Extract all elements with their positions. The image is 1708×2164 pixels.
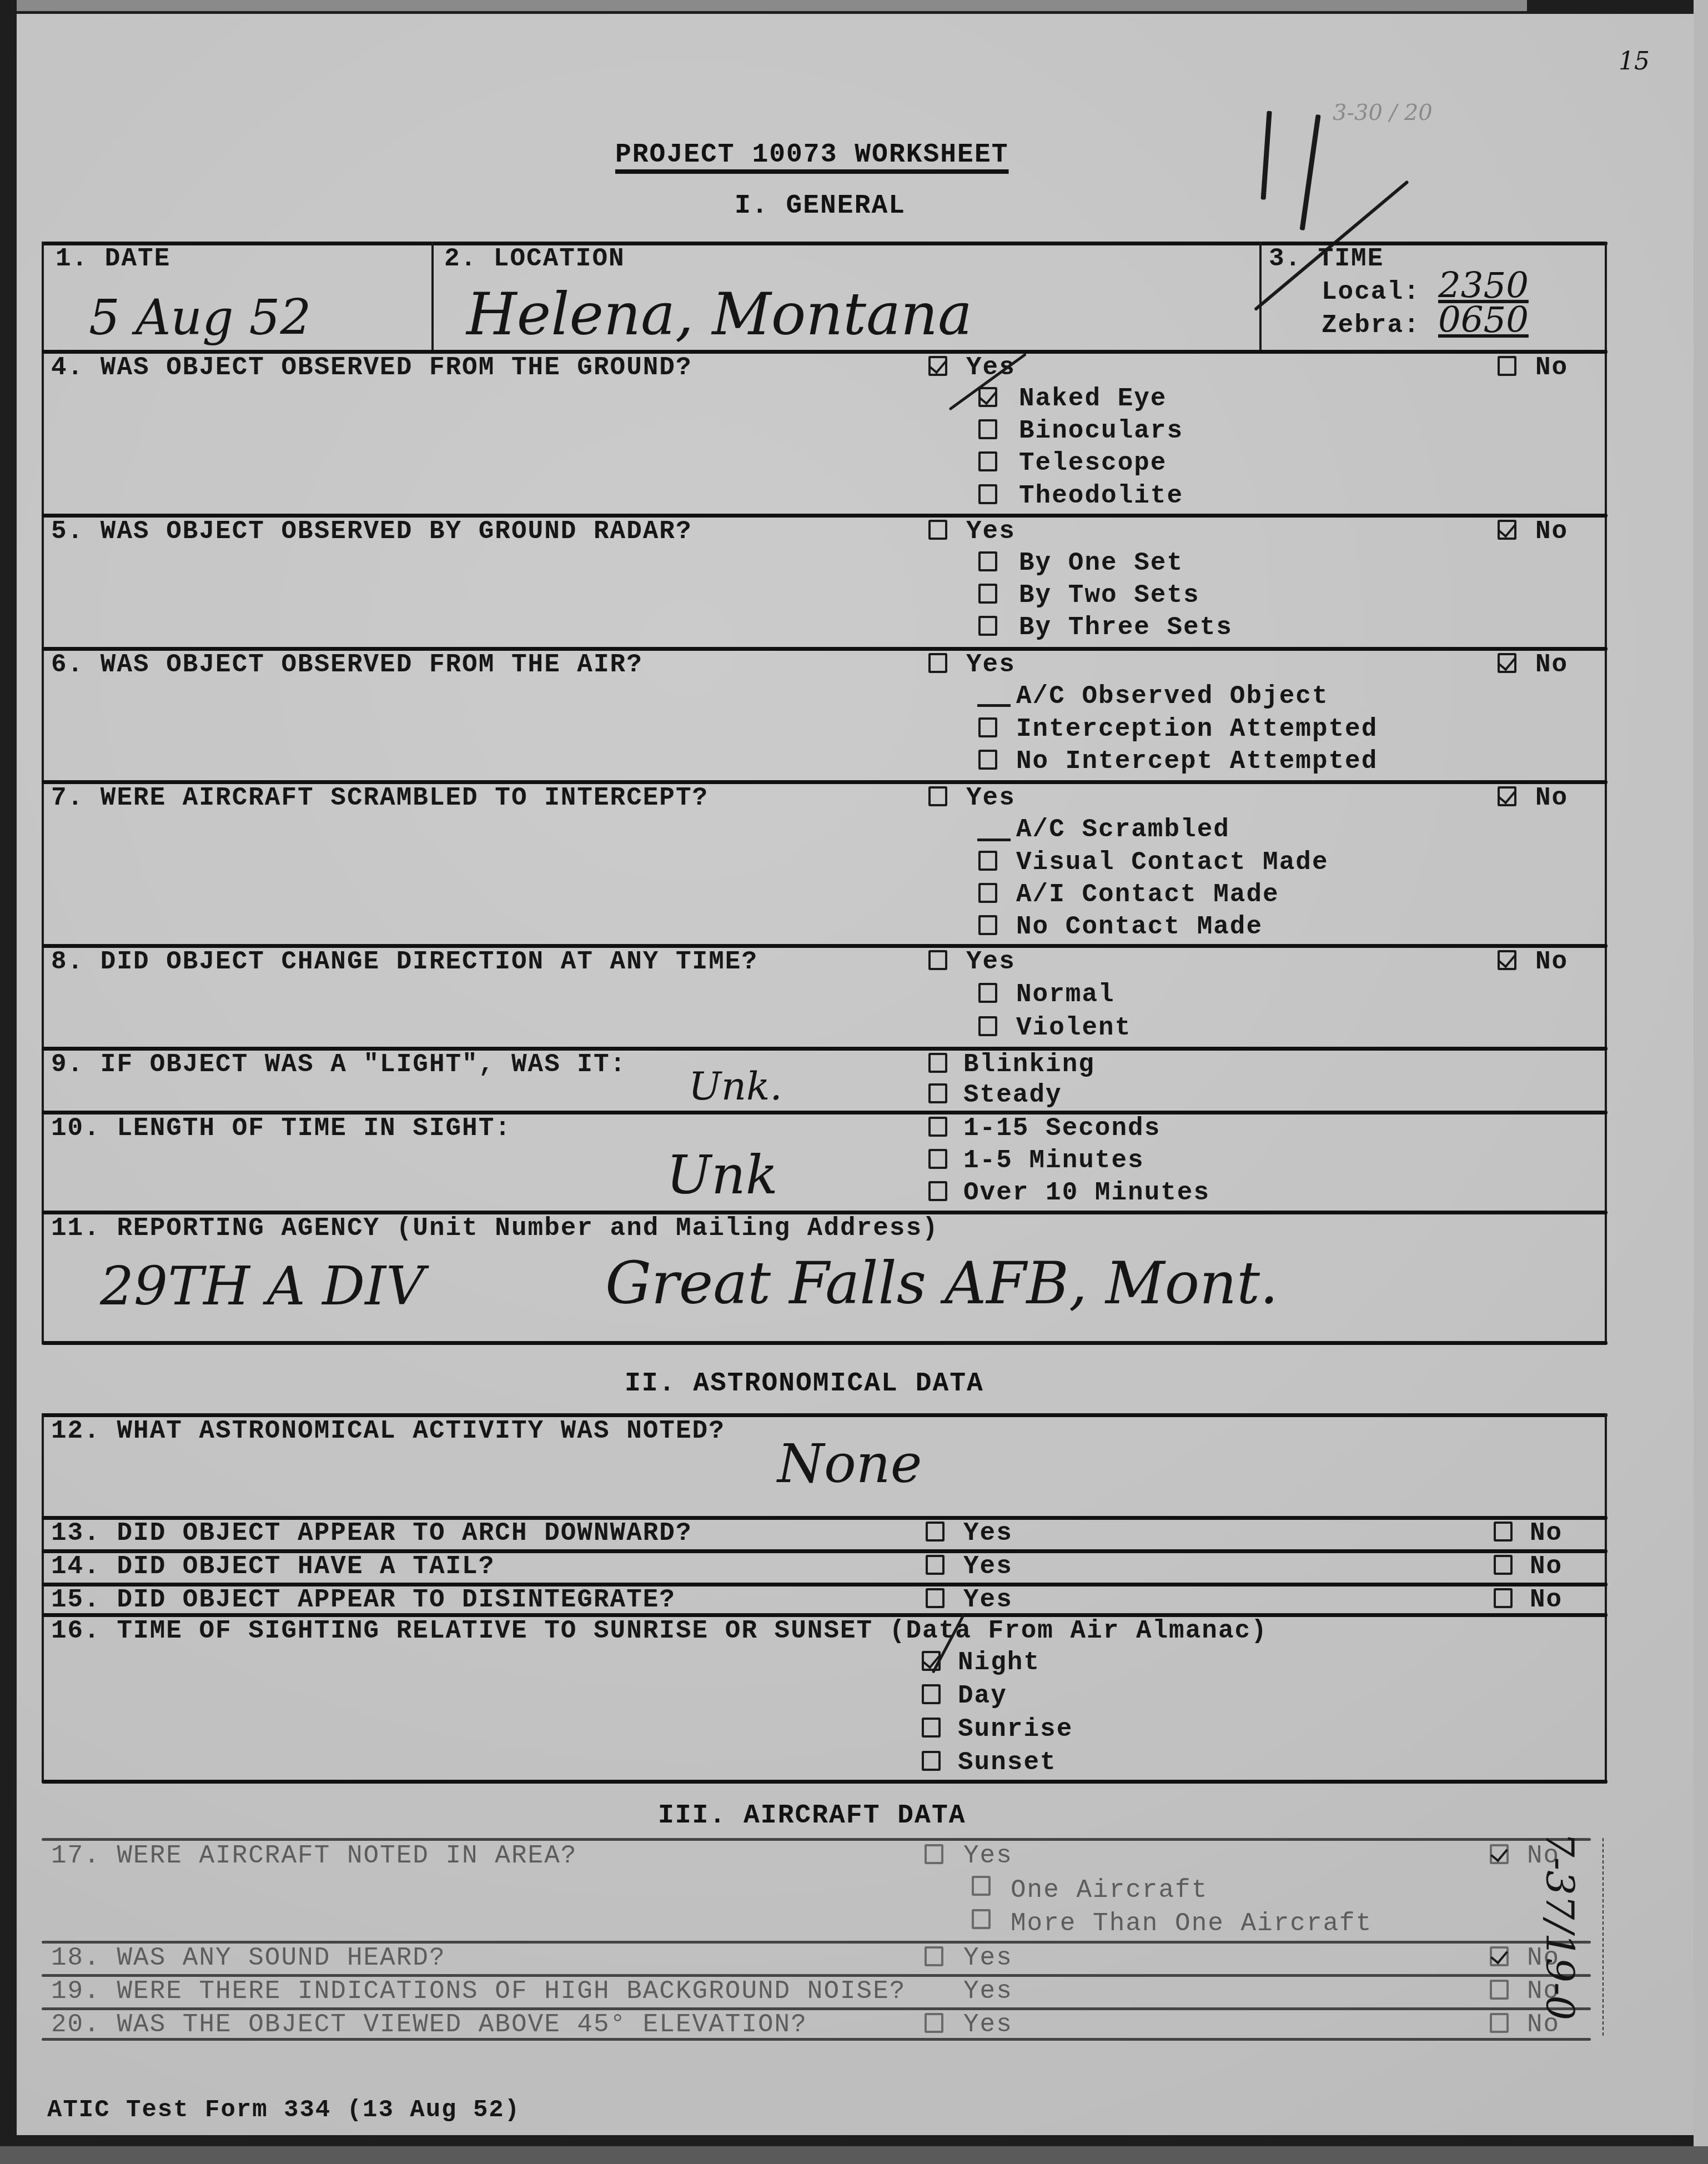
col-divider [431, 242, 434, 350]
q10-option-checkbox[interactable] [928, 1117, 947, 1137]
q14-no-label: No [1530, 1552, 1563, 1581]
q19-label: 19. WERE THERE INDICATIONS OF HIGH BACKG… [51, 1977, 906, 2006]
q15-no-label: No [1530, 1585, 1563, 1614]
q17-option-label: One Aircraft [1011, 1876, 1208, 1905]
q9-label: 9. IF OBJECT WAS A "LIGHT", WAS IT: [51, 1050, 626, 1079]
q9-handwritten-answer: Unk. [689, 1063, 782, 1109]
q14-yes-label: Yes [963, 1552, 1013, 1581]
q5-yes-checkbox[interactable] [928, 520, 947, 540]
q7-option-checkbox[interactable] [978, 915, 997, 935]
margin-serial-number: 7-37/19-0 [1537, 1832, 1583, 2020]
q7-no-checkbox[interactable] [1498, 786, 1516, 806]
q8-no-label: No [1535, 947, 1568, 976]
q13-no-checkbox[interactable] [1494, 1522, 1513, 1542]
form-footer: ATIC Test Form 334 (13 Aug 52) [47, 2096, 520, 2124]
table-right-border [1605, 1413, 1607, 1783]
q16-option-checkbox[interactable] [922, 1751, 941, 1771]
q4-option-label: Theodolite [1019, 481, 1183, 510]
q8-yes-label: Yes [966, 947, 1016, 976]
q4-option-checkbox[interactable] [978, 451, 997, 471]
q7-option-label: No Contact Made [1016, 912, 1263, 941]
q17-option-checkbox[interactable] [972, 1909, 991, 1929]
q13-yes-label: Yes [963, 1519, 1013, 1548]
q6-no-checkbox[interactable] [1498, 653, 1516, 673]
corner-mark: 15 [1619, 47, 1650, 76]
q16-option-checkbox[interactable] [922, 1718, 941, 1738]
q12-handwritten-answer: None [777, 1433, 922, 1495]
q7-blank-option-label: A/C Scrambled [1016, 815, 1230, 844]
q10-option-checkbox[interactable] [928, 1181, 947, 1201]
q6-option-label: Interception Attempted [1016, 715, 1378, 744]
q18-label: 18. WAS ANY SOUND HEARD? [51, 1944, 446, 1972]
scan-bottom-edge [0, 2146, 1708, 2164]
q16-option-label: Sunset [958, 1748, 1057, 1777]
table-right-border [1602, 1838, 1604, 2038]
q6-yes-label: Yes [966, 650, 1016, 679]
q10-option-checkbox[interactable] [928, 1149, 947, 1169]
location-value[interactable]: Helena, Montana [466, 280, 972, 348]
q5-label: 5. WAS OBJECT OBSERVED BY GROUND RADAR? [51, 517, 692, 546]
q18-no-checkbox[interactable] [1490, 1946, 1509, 1966]
q20-label: 20. WAS THE OBJECT VIEWED ABOVE 45° ELEV… [51, 2010, 807, 2039]
q4-no-checkbox[interactable] [1498, 356, 1516, 376]
q11-handwritten-address: Great Falls AFB, Mont. [605, 1249, 1278, 1317]
q7-option-checkbox[interactable] [978, 851, 997, 871]
row-divider [42, 1838, 1591, 1841]
q7-option-label: A/I Contact Made [1016, 880, 1279, 909]
section-aircraft-heading: III. AIRCRAFT DATA [658, 1801, 966, 1831]
q5-yes-label: Yes [966, 517, 1016, 546]
q5-option-label: By One Set [1019, 549, 1183, 578]
q17-yes-label: Yes [963, 1841, 1013, 1870]
location-label: 2. LOCATION [444, 244, 625, 273]
q7-option-label: Visual Contact Made [1016, 848, 1329, 877]
table-right-border [1605, 242, 1607, 1344]
q6-yes-checkbox[interactable] [928, 653, 947, 673]
table-left-border [42, 1413, 44, 1783]
scan-right-edge [1694, 0, 1708, 2164]
q18-yes-checkbox[interactable] [925, 1946, 943, 1966]
q17-option-checkbox[interactable] [972, 1876, 991, 1896]
q16-option-label: Night [958, 1648, 1040, 1677]
section-astronomical-heading: II. ASTRONOMICAL DATA [625, 1369, 984, 1399]
q8-option-checkbox[interactable] [978, 983, 997, 1003]
q5-option-checkbox[interactable] [978, 616, 997, 636]
q7-no-label: No [1535, 784, 1568, 812]
date-label: 1. DATE [56, 244, 170, 273]
q13-label: 13. DID OBJECT APPEAR TO ARCH DOWNWARD? [51, 1519, 692, 1548]
q10-option-label: 1-15 Seconds [963, 1114, 1161, 1143]
q20-yes-checkbox[interactable] [925, 2013, 943, 2033]
q4-no-label: No [1535, 353, 1568, 382]
q16-label: 16. TIME OF SIGHTING RELATIVE TO SUNRISE… [51, 1616, 1268, 1645]
q10-label: 10. LENGTH OF TIME IN SIGHT: [51, 1114, 511, 1143]
q8-label: 8. DID OBJECT CHANGE DIRECTION AT ANY TI… [51, 947, 758, 976]
q19-yes-label[interactable]: Yes [963, 1977, 1013, 2006]
q4-option-checkbox[interactable] [978, 387, 997, 407]
q8-option-label: Violent [1016, 1013, 1131, 1042]
q5-no-checkbox[interactable] [1498, 520, 1516, 540]
q10-handwritten-answer: Unk [666, 1144, 778, 1206]
q11-handwritten-unit: 29TH A DIV [100, 1255, 424, 1317]
q5-option-checkbox[interactable] [978, 584, 997, 604]
q5-no-label: No [1535, 517, 1568, 546]
time-zebra-value[interactable]: 0650 [1438, 300, 1529, 341]
q4-option-checkbox[interactable] [978, 419, 997, 439]
q15-no-checkbox[interactable] [1494, 1588, 1513, 1608]
q9-option-label: Blinking [963, 1050, 1095, 1079]
q6-no-label: No [1535, 650, 1568, 679]
time-label: 3. TIME [1269, 244, 1384, 273]
faint-stamp: 3-30 / 20 [1333, 100, 1433, 125]
q6-option-checkbox[interactable] [978, 717, 997, 737]
q18-yes-label: Yes [963, 1944, 1013, 1972]
q8-yes-checkbox[interactable] [928, 950, 947, 970]
q7-yes-checkbox[interactable] [928, 786, 947, 806]
q8-no-checkbox[interactable] [1498, 950, 1516, 970]
q4-option-label: Binoculars [1019, 416, 1183, 445]
q5-option-label: By Two Sets [1019, 581, 1200, 610]
q6-blank-line[interactable] [977, 704, 1011, 707]
q17-no-checkbox[interactable] [1490, 1844, 1509, 1864]
q17-yes-checkbox[interactable] [925, 1844, 943, 1864]
q13-yes-checkbox[interactable] [926, 1522, 945, 1542]
q7-yes-label: Yes [966, 784, 1016, 812]
q16-option-label: Sunrise [958, 1715, 1073, 1744]
q14-no-checkbox[interactable] [1494, 1555, 1513, 1575]
q8-option-label: Normal [1016, 980, 1115, 1009]
q6-option-label: No Intercept Attempted [1016, 747, 1378, 776]
q10-option-label: Over 10 Minutes [963, 1178, 1210, 1207]
q7-blank-line[interactable] [977, 839, 1011, 841]
table-left-border [42, 242, 44, 1344]
q7-label: 7. WERE AIRCRAFT SCRAMBLED TO INTERCEPT? [51, 784, 709, 812]
scan-top-edge [17, 0, 1527, 11]
q8-option-checkbox[interactable] [978, 1016, 997, 1036]
q4-yes-checkbox[interactable] [928, 356, 947, 376]
row-divider [42, 1341, 1607, 1345]
q20-no-checkbox[interactable] [1490, 2013, 1509, 2033]
q9-option-label: Steady [963, 1081, 1062, 1109]
q14-yes-checkbox[interactable] [926, 1555, 945, 1575]
q5-option-label: By Three Sets [1019, 613, 1233, 642]
q6-label: 6. WAS OBJECT OBSERVED FROM THE AIR? [51, 650, 643, 679]
q15-yes-checkbox[interactable] [926, 1588, 945, 1608]
q4-option-checkbox[interactable] [978, 484, 997, 504]
row-divider [42, 1780, 1607, 1784]
row-divider [42, 2038, 1591, 2041]
q16-option-checkbox[interactable] [922, 1684, 941, 1704]
q4-option-label: Naked Eye [1019, 384, 1167, 413]
date-value[interactable]: 5 Aug 52 [89, 289, 311, 346]
q13-no-label: No [1530, 1519, 1563, 1548]
col-divider [1259, 242, 1262, 350]
q15-label: 15. DID OBJECT APPEAR TO DISINTEGRATE? [51, 1585, 676, 1614]
q12-label: 12. WHAT ASTRONOMICAL ACTIVITY WAS NOTED… [51, 1417, 725, 1445]
q16-option-label: Day [958, 1681, 1007, 1710]
q6-option-checkbox[interactable] [978, 750, 997, 770]
q4-option-label: Telescope [1019, 449, 1167, 478]
q17-label: 17. WERE AIRCRAFT NOTED IN AREA? [51, 1841, 577, 1870]
time-zebra-label: Zebra: [1322, 311, 1420, 340]
q4-label: 4. WAS OBJECT OBSERVED FROM THE GROUND? [51, 353, 692, 382]
q11-label: 11. REPORTING AGENCY (Unit Number and Ma… [51, 1214, 939, 1243]
q10-option-label: 1-5 Minutes [963, 1146, 1144, 1175]
q5-option-checkbox[interactable] [978, 551, 997, 571]
q14-label: 14. DID OBJECT HAVE A TAIL? [51, 1552, 495, 1581]
q19-no-checkbox[interactable] [1490, 1980, 1509, 2000]
form-title: PROJECT 10073 WORKSHEET [615, 140, 1009, 170]
q15-yes-label: Yes [963, 1585, 1013, 1614]
q6-blank-option-label: A/C Observed Object [1016, 682, 1329, 711]
q9-option-checkbox[interactable] [928, 1053, 947, 1073]
q7-option-checkbox[interactable] [978, 883, 997, 903]
time-local-label: Local: [1322, 278, 1420, 307]
q17-option-label: More Than One Aircraft [1011, 1909, 1372, 1938]
section-general-heading: I. GENERAL [735, 191, 906, 221]
q20-yes-label: Yes [963, 2010, 1013, 2039]
q9-option-checkbox[interactable] [928, 1083, 947, 1103]
